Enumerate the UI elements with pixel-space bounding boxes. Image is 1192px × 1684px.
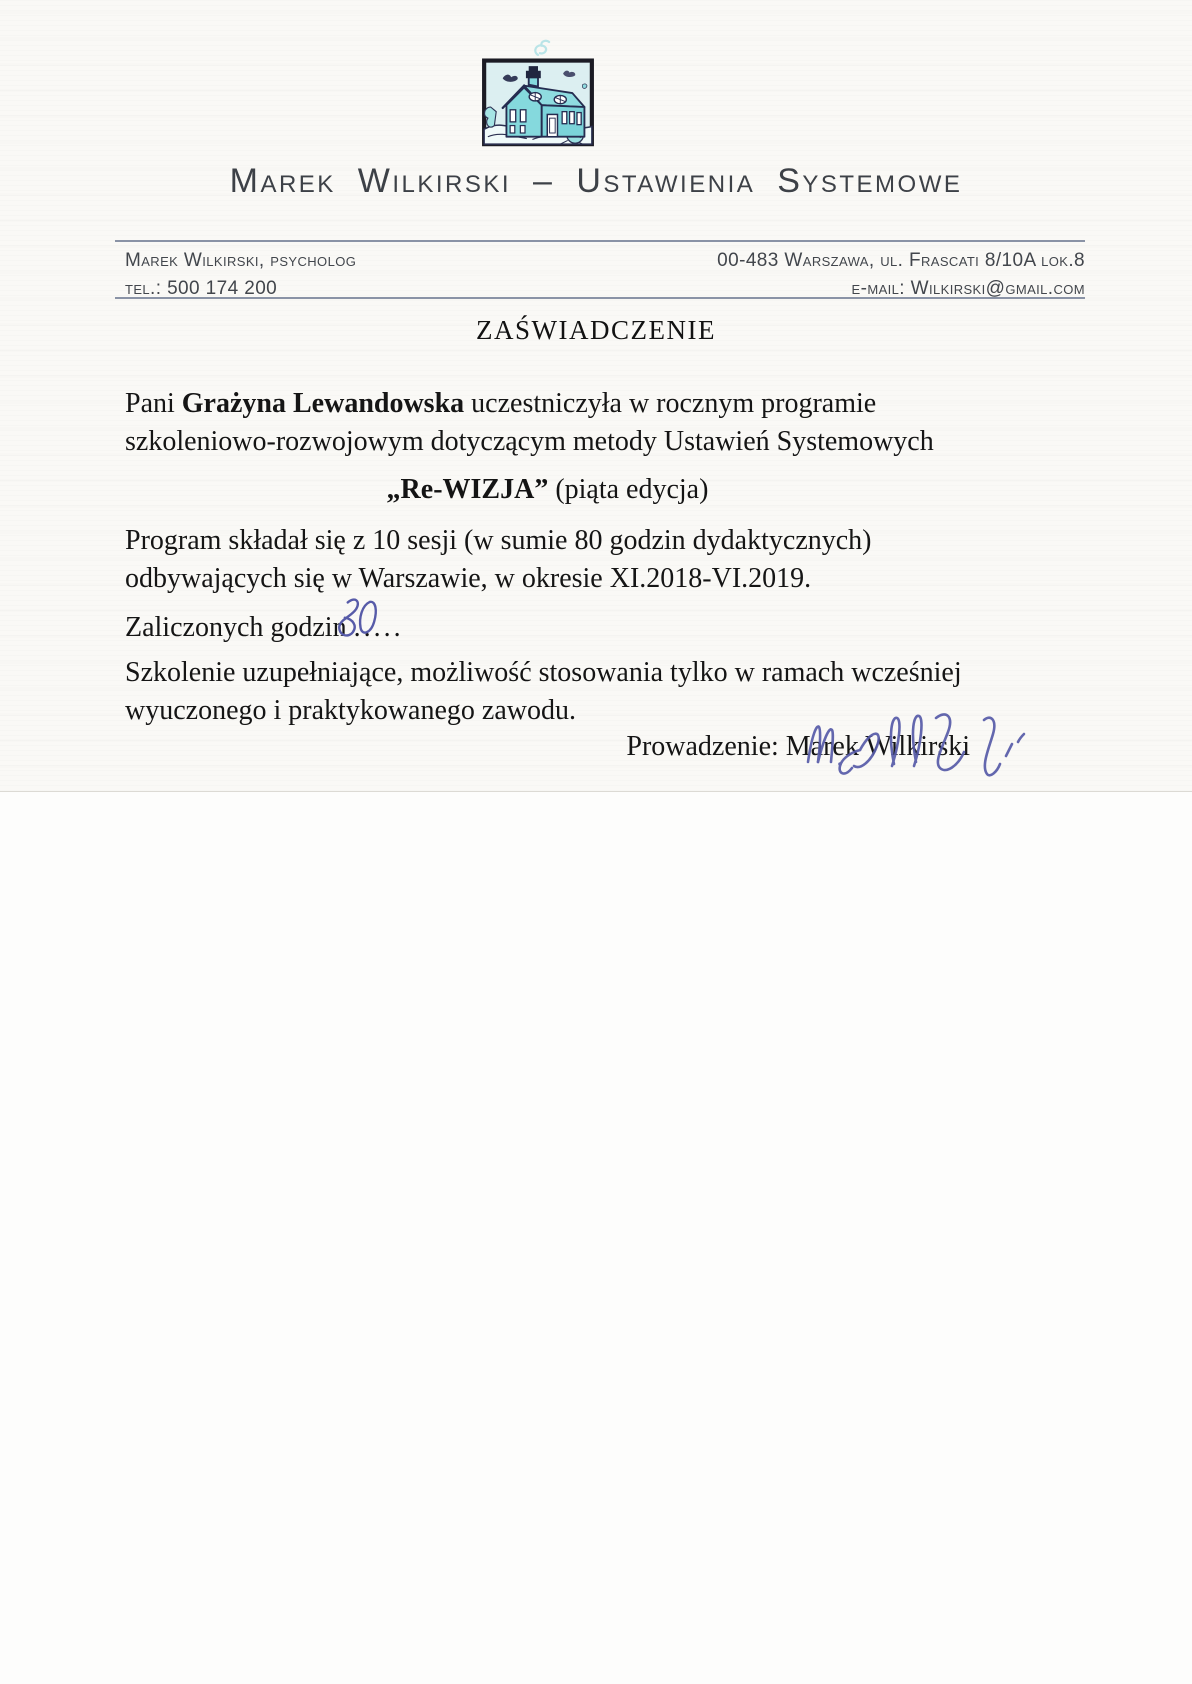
house-logo-icon <box>477 42 599 146</box>
handwritten-hours-value <box>325 592 384 648</box>
program-line-2: odbywających się w Warszawie, w okresie … <box>125 560 872 598</box>
hours-line: Zaliczonych godzin ..... <box>125 612 404 644</box>
letterhead-rule-top <box>115 240 1085 242</box>
signature-scrawl-icon <box>798 700 1028 795</box>
letterhead-contact-right: 00-483 Warszawa, ul. Frascati 8/10A lok.… <box>717 247 1085 303</box>
certificate-heading: ZAŚWIADCZENIE <box>0 315 1192 346</box>
program-edition: (piąta edycja) <box>548 474 708 505</box>
recipient-line-rest: uczestniczyła w rocznym programie <box>464 388 876 419</box>
program-paragraph: Program składał się z 10 sesji (w sumie … <box>125 522 872 598</box>
program-name: „Re-WIZJA” <box>387 474 549 505</box>
note-line-1: Szkolenie uzupełniające, możliwość stoso… <box>125 654 962 692</box>
scanned-certificate-page: Marek Wilkirski – Ustawienia Systemowe M… <box>0 0 1192 1684</box>
recipient-paragraph: Pani Grażyna Lewandowska uczestniczyła w… <box>125 385 934 461</box>
program-line-1: Program składał się z 10 sesji (w sumie … <box>125 522 872 560</box>
letterhead-rule-bottom <box>115 297 1085 299</box>
hours-label: Zaliczonych godzin <box>125 612 354 643</box>
recipient-name: Grażyna Lewandowska <box>182 388 464 419</box>
recipient-prefix: Pani <box>125 388 182 419</box>
contact-address-line: 00-483 Warszawa, ul. Frascati 8/10A lok.… <box>717 247 1085 275</box>
recipient-line-2: szkoleniowo-rozwojowym dotyczącym metody… <box>125 423 934 461</box>
program-title-line: „Re-WIZJA” (piąta edycja) <box>125 474 970 506</box>
letterhead-title: Marek Wilkirski – Ustawienia Systemowe <box>0 162 1192 201</box>
contact-name-line: Marek Wilkirski, psycholog <box>125 247 356 275</box>
recipient-line-1: Pani Grażyna Lewandowska uczestniczyła w… <box>125 385 934 423</box>
letterhead-contact-left: Marek Wilkirski, psycholog tel.: 500 174… <box>125 247 356 303</box>
